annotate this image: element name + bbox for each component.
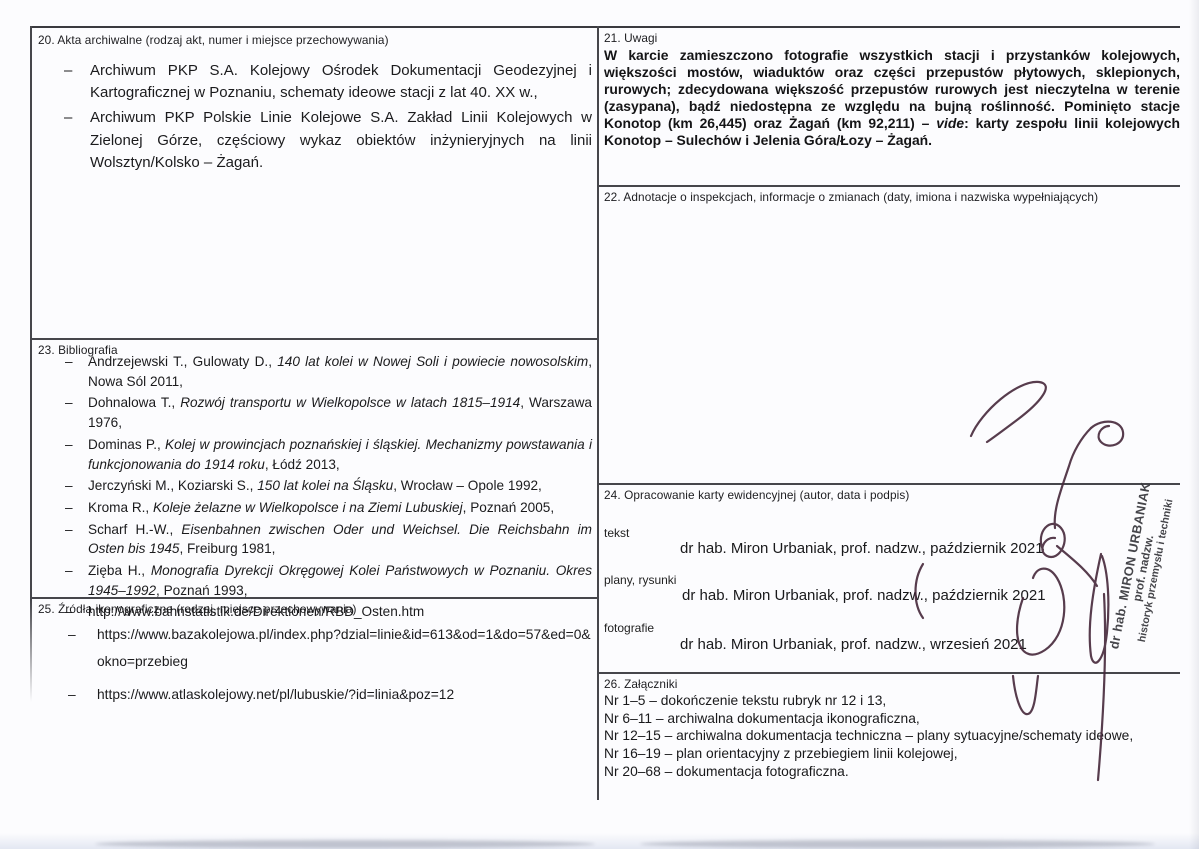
- list-item-text: Zięba H.,: [88, 563, 151, 578]
- divider-sections-20-23: [30, 338, 598, 340]
- list-item-text: , Poznań 1993,: [156, 583, 247, 598]
- biblio-title-italic: Rozwój transportu w Wielkopolsce w latac…: [180, 395, 520, 410]
- scanned-record-card: 20. Akta archiwalne (rodzaj akt, numer i…: [0, 0, 1199, 849]
- list-item: Kroma R., Koleje żelazne w Wielkopolsce …: [65, 498, 592, 518]
- list-item: Andrzejewski T., Gulowaty D., 140 lat ko…: [65, 352, 592, 391]
- section-26-header: 26. Załączniki: [604, 677, 678, 691]
- author-label-tekst: tekst: [604, 526, 629, 540]
- list-item-text: Scharf H.-W.,: [88, 522, 181, 537]
- list-item-text: Dominas P.,: [88, 437, 165, 452]
- list-item-text: , Freiburg 1981,: [179, 541, 275, 556]
- list-item-text: http://www.bahnstatistik.de/Direktionen/…: [88, 604, 424, 619]
- archival-records-list: Archiwum PKP S.A. Kolejowy Ośrodek Dokum…: [64, 60, 592, 177]
- list-item: Archiwum PKP S.A. Kolejowy Ośrodek Dokum…: [64, 60, 592, 104]
- bibliography-list: Andrzejewski T., Gulowaty D., 140 lat ko…: [65, 352, 592, 624]
- list-item: https://www.bazakolejowa.pl/index.php?dz…: [68, 622, 592, 676]
- list-item-text: Jerczyński M., Koziarski S.,: [88, 478, 257, 493]
- biblio-title-italic: Koleje żelazne w Wielkopolsce i na Ziemi…: [153, 500, 463, 515]
- iconographic-sources-list: https://www.bazakolejowa.pl/index.php?dz…: [68, 622, 592, 715]
- scan-shadow-streak: [95, 840, 595, 848]
- list-item: Dominas P., Kolej w prowincjach poznańsk…: [65, 435, 592, 474]
- list-item: http://www.bahnstatistik.de/Direktionen/…: [65, 602, 592, 622]
- list-item-text: Dohnalowa T.,: [88, 395, 180, 410]
- list-item-text: Andrzejewski T., Gulowaty D.,: [88, 354, 277, 369]
- list-item-text: , Poznań 2005,: [463, 500, 554, 515]
- scan-shadow-streak: [640, 840, 1155, 848]
- section-21-header: 21. Uwagi: [604, 31, 657, 45]
- list-item: Scharf H.-W., Eisenbahnen zwischen Oder …: [65, 520, 592, 559]
- table-border-left: [30, 26, 32, 702]
- list-item: https://www.atlaskolejowy.net/pl/lubuski…: [68, 682, 592, 709]
- section-20-header: 20. Akta archiwalne (rodzaj akt, numer i…: [38, 33, 389, 47]
- list-item-text: , Wrocław – Opole 1992,: [393, 478, 542, 493]
- section-22-header: 22. Adnotacje o inspekcjach, informacje …: [604, 190, 1098, 204]
- list-item: Jerczyński M., Koziarski S., 150 lat kol…: [65, 476, 592, 496]
- author-label-fotografie: fotografie: [604, 621, 654, 635]
- list-item: Archiwum PKP Polskie Linie Kolejowe S.A.…: [64, 107, 592, 174]
- table-border-top: [30, 26, 1180, 28]
- list-item-text: Kroma R.,: [88, 500, 153, 515]
- author-label-plany: plany, rysunki: [604, 573, 676, 587]
- list-item-text: , Łódź 2013,: [265, 457, 340, 472]
- scan-right-edge-shading: [1189, 0, 1199, 849]
- section-24-header: 24. Opracowanie karty ewidencyjnej (auto…: [604, 488, 909, 502]
- list-item: Dohnalowa T., Rozwój transportu w Wielko…: [65, 393, 592, 432]
- remarks-paragraph: W karcie zamieszczono fotografie wszystk…: [604, 47, 1180, 150]
- biblio-title-italic: 150 lat kolei na Śląsku: [257, 478, 393, 493]
- divider-sections-21-22: [597, 185, 1180, 187]
- list-item: Zięba H., Monografia Dyrekcji Okręgowej …: [65, 561, 592, 600]
- table-divider-center: [597, 26, 599, 800]
- biblio-title-italic: 140 lat kolei w Nowej Soli i powiecie no…: [277, 354, 588, 369]
- remarks-vide-italic: vide: [936, 115, 964, 131]
